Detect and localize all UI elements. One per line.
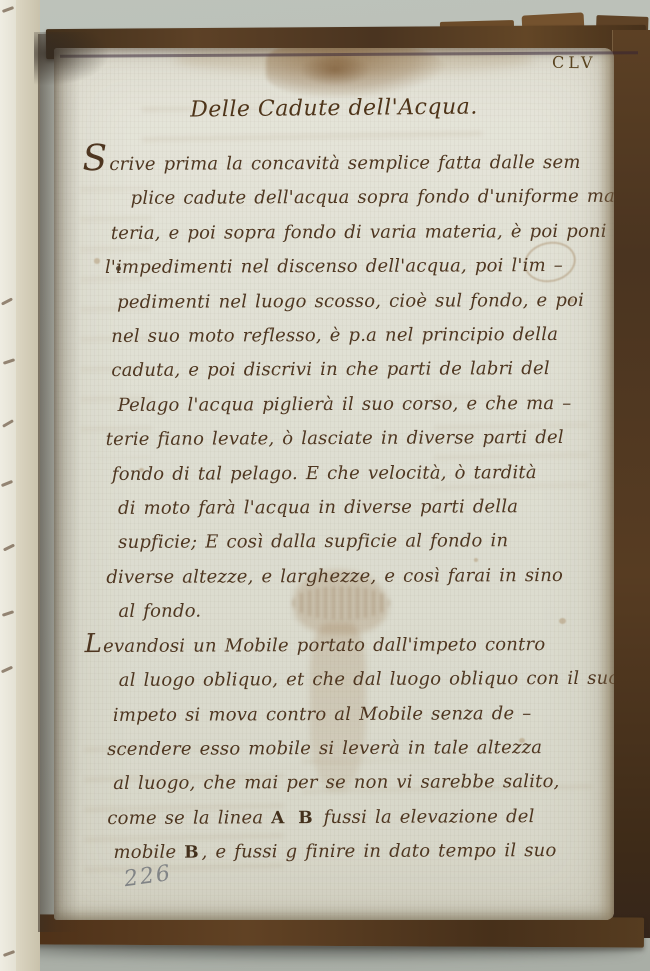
line-segment: mobile bbox=[113, 842, 184, 863]
manuscript-line: al luogo obliquo, et che dal luogo obliq… bbox=[85, 662, 581, 699]
manuscript-line: al luogo, che mai per se non vi sarebbe … bbox=[85, 765, 581, 802]
manuscript-line: caduta, e poi discrivi in che parti de l… bbox=[83, 352, 579, 389]
line-segment: fussi la elevazione del bbox=[316, 806, 535, 828]
manuscript-line: Levandosi un Mobile portato dall'impeto … bbox=[85, 628, 581, 665]
facing-page-ink-mark bbox=[1, 480, 13, 487]
page-deckle-edge bbox=[598, 48, 614, 920]
line-segment: , e fussi g finire in dato tempo il suo bbox=[202, 840, 557, 863]
facing-page-ink-mark bbox=[3, 544, 15, 552]
manuscript-line: al fondo. bbox=[84, 593, 580, 630]
manuscript-line: nel suo moto reflesso, è p.a nel princip… bbox=[83, 318, 579, 355]
geometry-label-b: B bbox=[184, 843, 201, 863]
facing-page-ink-mark bbox=[3, 358, 15, 365]
facing-pages-fore-edge bbox=[0, 0, 40, 971]
manuscript-line: di moto farà l'acqua in diverse parti de… bbox=[84, 490, 580, 527]
geometry-label-ab: A B bbox=[271, 808, 316, 828]
manuscript-line: impeto si mova contro al Mobile senza de… bbox=[85, 696, 581, 733]
facing-page-ink-mark bbox=[2, 610, 14, 617]
manuscript-line: terie fiano levate, ò lasciate in divers… bbox=[84, 421, 580, 458]
manuscript-line: Pelago l'acqua piglierà il suo corso, e … bbox=[83, 387, 579, 424]
manuscript-line: l'impedimenti nel discenso dell'acqua, p… bbox=[83, 249, 579, 286]
manuscript-line: teria, e poi sopra fondo di varia materi… bbox=[83, 215, 579, 252]
manuscript-line: diverse altezze, e larghezze, e così far… bbox=[84, 559, 580, 596]
manuscript-line: pedimenti nel luogo scosso, cioè sul fon… bbox=[83, 284, 579, 321]
manuscript-page: CLV Delle Cadute dell'Acqua. Scrive prim… bbox=[54, 48, 614, 920]
facing-page-ink-mark bbox=[2, 419, 14, 428]
manuscript-line: supficie; E così dalla supficie al fondo… bbox=[84, 524, 580, 561]
manuscript-line: Scrive prima la concavità semplice fatta… bbox=[82, 143, 578, 183]
facing-page-sliver bbox=[0, 0, 16, 971]
manuscript-line: fondo di tal pelago. E che velocità, ò t… bbox=[84, 456, 580, 493]
water-stain bbox=[300, 54, 370, 86]
manuscript-line: scendere esso mobile si leverà in tale a… bbox=[85, 731, 581, 768]
page-title: Delle Cadute dell'Acqua. bbox=[154, 94, 514, 123]
facing-page-ink-mark bbox=[2, 6, 14, 13]
manuscript-text: Scrive prima la concavità semplice fatta… bbox=[82, 143, 581, 871]
folio-number-roman: CLV bbox=[552, 53, 597, 72]
manuscript-line: come se la linea A B fussi la elevazione… bbox=[85, 800, 581, 837]
facing-page-ink-mark bbox=[1, 666, 13, 674]
manuscript-line: plice cadute dell'acqua sopra fondo d'un… bbox=[83, 180, 579, 217]
facing-page-ink-mark bbox=[3, 950, 15, 957]
facing-page-ink-mark bbox=[1, 297, 13, 305]
line-segment: come se la linea bbox=[107, 807, 271, 829]
book-cover-right-edge bbox=[612, 30, 650, 938]
previous-leaf-edge bbox=[16, 0, 40, 971]
